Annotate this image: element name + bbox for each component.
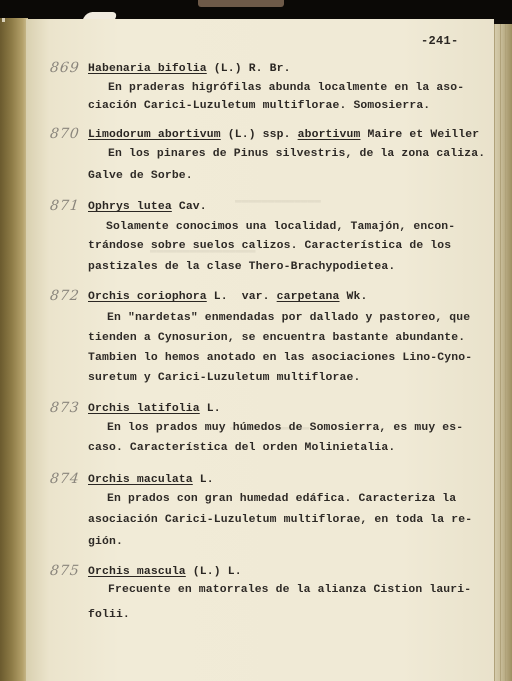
- book-binding-left: [0, 18, 28, 681]
- species-heading: Orchis latifolia L.: [88, 403, 221, 415]
- book-spine-tab: [198, 0, 284, 7]
- description-line: En los pinares de Pinus silvestris, de l…: [108, 148, 485, 160]
- taxon-name: Ophrys lutea: [88, 201, 172, 213]
- typewritten-page: [26, 19, 494, 681]
- subtaxon-author: Maire et Weiller: [367, 129, 479, 141]
- taxon-author: L. var.: [214, 291, 270, 303]
- taxon-name: Orchis latifolia: [88, 403, 200, 415]
- handwritten-entry-number: 869: [49, 60, 80, 76]
- handwritten-entry-number: 874: [49, 471, 80, 487]
- handwritten-entry-number: 871: [49, 198, 80, 214]
- page-edge-line: [494, 24, 495, 681]
- species-heading: Orchis maculata L.: [88, 474, 214, 486]
- description-line: trándose sobre suelos calizos. Caracterí…: [88, 240, 451, 252]
- description-line: gión.: [88, 536, 123, 548]
- taxon-author: Cav.: [179, 201, 207, 213]
- description-line: Tambien lo hemos anotado en las asociaci…: [88, 352, 472, 364]
- handwritten-entry-number: 873: [49, 400, 80, 416]
- binding-mark: [2, 18, 5, 22]
- description-line: En praderas higrófilas abunda localmente…: [108, 82, 464, 94]
- taxon-author: (L.) L.: [193, 566, 242, 578]
- subtaxon-name: abortivum: [298, 129, 361, 141]
- bleed-through-text: ▬▬▬▬▬▬▬▬▬▬▬▬▬: [235, 195, 321, 207]
- description-line: En prados con gran humedad edáfica. Cara…: [107, 493, 456, 505]
- page-edge-line: [500, 24, 501, 681]
- description-line: caso. Característica del orden Molinieta…: [88, 442, 395, 454]
- page-edge-line: [505, 24, 506, 681]
- scanner-background-top: [0, 0, 512, 20]
- taxon-name: Habenaria bifolia: [88, 63, 207, 75]
- taxon-author: (L.) ssp.: [228, 129, 291, 141]
- description-line: suretum y Carici-Luzuletum multiflorae.: [88, 372, 360, 384]
- taxon-name: Limodorum abortivum: [88, 129, 221, 141]
- taxon-author: L.: [207, 403, 221, 415]
- taxon-author: L.: [200, 474, 214, 486]
- description-line: En "nardetas" enmendadas por dallado y p…: [107, 312, 470, 324]
- description-line: En los prados muy húmedos de Somosierra,…: [107, 422, 463, 434]
- species-heading: Orchis mascula (L.) L.: [88, 566, 242, 578]
- taxon-name: Orchis maculata: [88, 474, 193, 486]
- description-line: tienden a Cynosurion, se encuentra basta…: [88, 332, 465, 344]
- page-number: -241-: [421, 34, 459, 48]
- description-line: pastizales de la clase Thero-Brachypodie…: [88, 261, 395, 273]
- taxon-name: Orchis coriophora: [88, 291, 207, 303]
- taxon-author: (L.) R. Br.: [214, 63, 291, 75]
- subtaxon-name: carpetana: [277, 291, 340, 303]
- description-line: Solamente conocimos una localidad, Tamaj…: [106, 221, 455, 233]
- species-heading: Habenaria bifolia (L.) R. Br.: [88, 63, 291, 75]
- species-heading: Orchis coriophora L. var. carpetana Wk.: [88, 291, 368, 303]
- handwritten-entry-number: 872: [49, 288, 80, 304]
- handwritten-entry-number: 870: [49, 126, 80, 142]
- species-heading: Ophrys lutea Cav.: [88, 201, 207, 213]
- description-line: ciación Carici-Luzuletum multiflorae. So…: [88, 100, 430, 112]
- description-line: Galve de Sorbe.: [88, 170, 193, 182]
- description-line: asociación Carici-Luzuletum multiflorae,…: [88, 514, 472, 526]
- handwritten-entry-number: 875: [49, 563, 80, 579]
- taxon-name: Orchis mascula: [88, 566, 186, 578]
- description-line: folii.: [88, 609, 130, 621]
- description-line: Frecuente en matorrales de la alianza Ci…: [108, 584, 471, 596]
- subtaxon-author: Wk.: [347, 291, 368, 303]
- species-heading: Limodorum abortivum (L.) ssp. abortivum …: [88, 129, 479, 141]
